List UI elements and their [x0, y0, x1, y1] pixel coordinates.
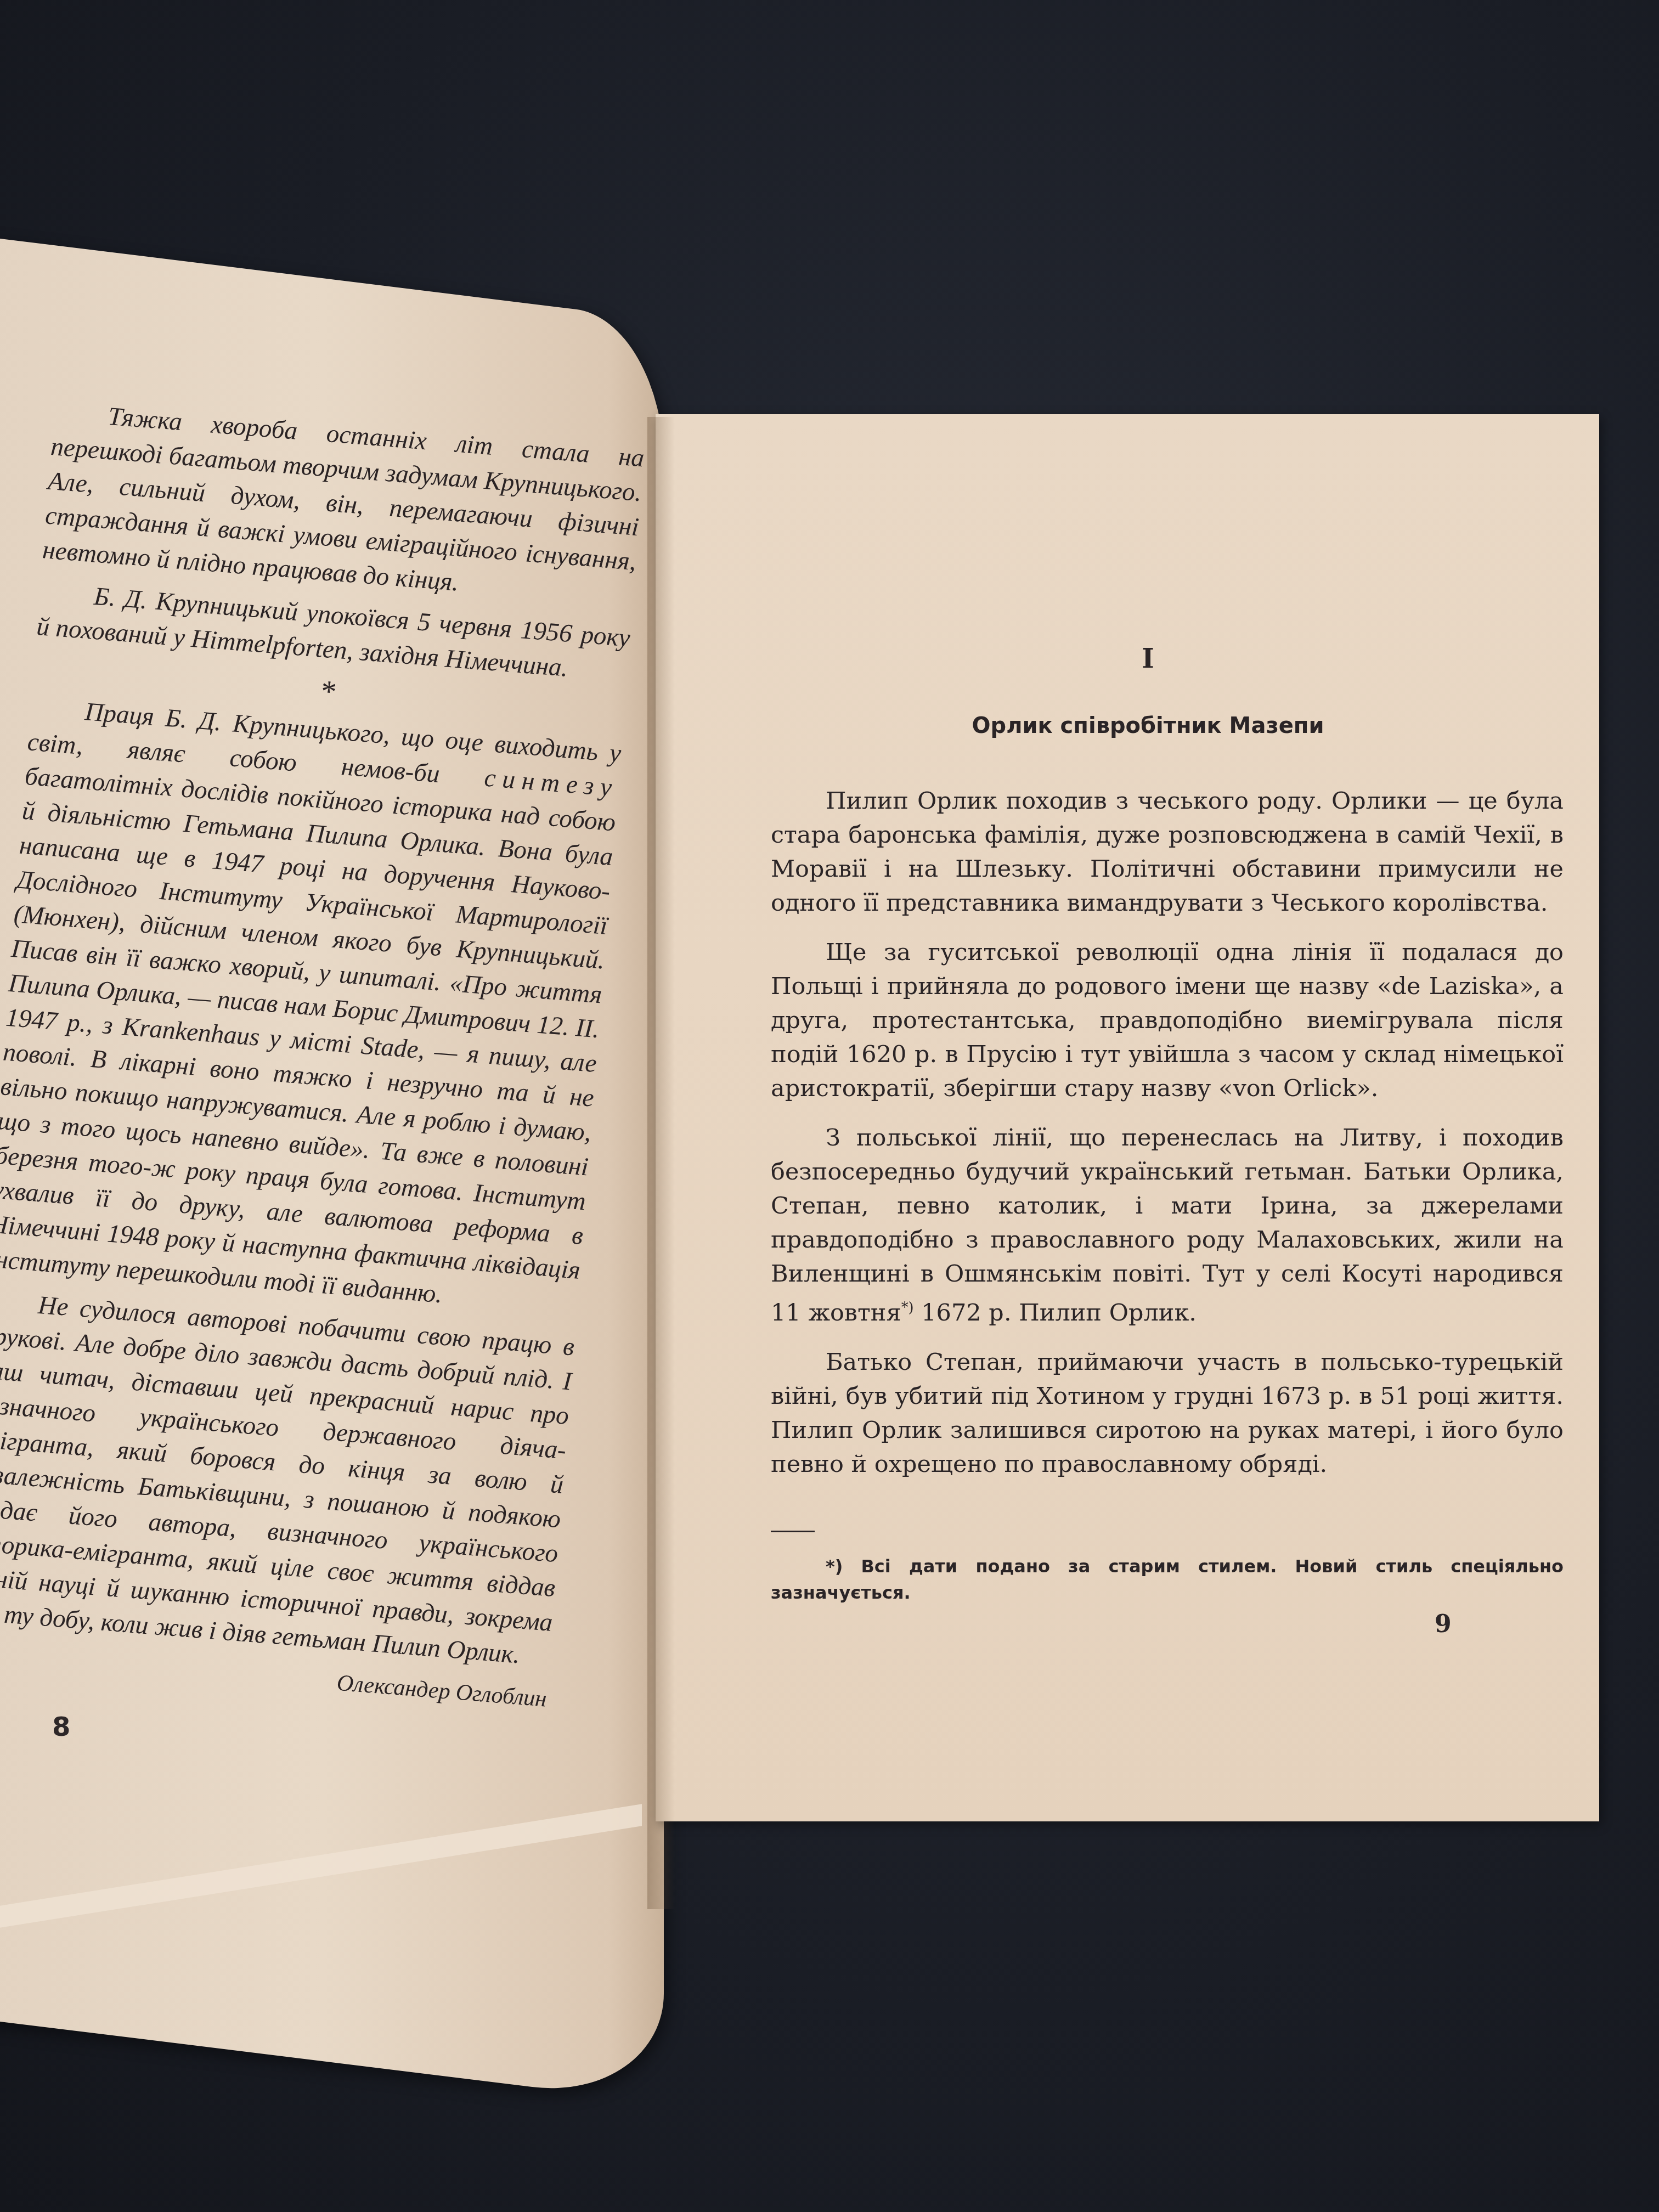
- right-paragraph-2: Ще за гуситської революції одна лінія її…: [771, 935, 1564, 1105]
- emphasized-word: синтезу: [483, 764, 619, 803]
- right-paragraph-1: Пилип Орлик походив з чеського роду. Орл…: [771, 784, 1564, 920]
- footnote-marker: *): [901, 1300, 914, 1316]
- page-number-left: 8: [52, 1712, 70, 1742]
- left-paragraph-3: Праця Б. Д. Крупницького, що оце виходит…: [0, 690, 622, 1322]
- footnote: *) Всі дати подано за старим стилем. Нов…: [771, 1553, 1564, 1606]
- book-gutter-shadow: [647, 417, 675, 1909]
- left-paragraph-4: Не судилося авторові побачити свою працю…: [0, 1284, 575, 1675]
- page-number-right: 9: [1435, 1610, 1452, 1638]
- footnote-divider: [771, 1531, 815, 1532]
- chapter-number: I: [771, 642, 1564, 676]
- right-page-text: I Орлик співробітник Мазепи Пилип Орлик …: [771, 642, 1564, 1621]
- chapter-title: Орлик співробітник Мазепи: [771, 709, 1564, 743]
- right-paragraph-3: З польської лінії, що перенеслась на Лит…: [771, 1121, 1564, 1330]
- left-page-text: Тяжка хвороба останніх літ стала на пере…: [0, 395, 646, 1717]
- right-paragraph-4: Батько Степан, приймаючи участь в польсь…: [771, 1345, 1564, 1481]
